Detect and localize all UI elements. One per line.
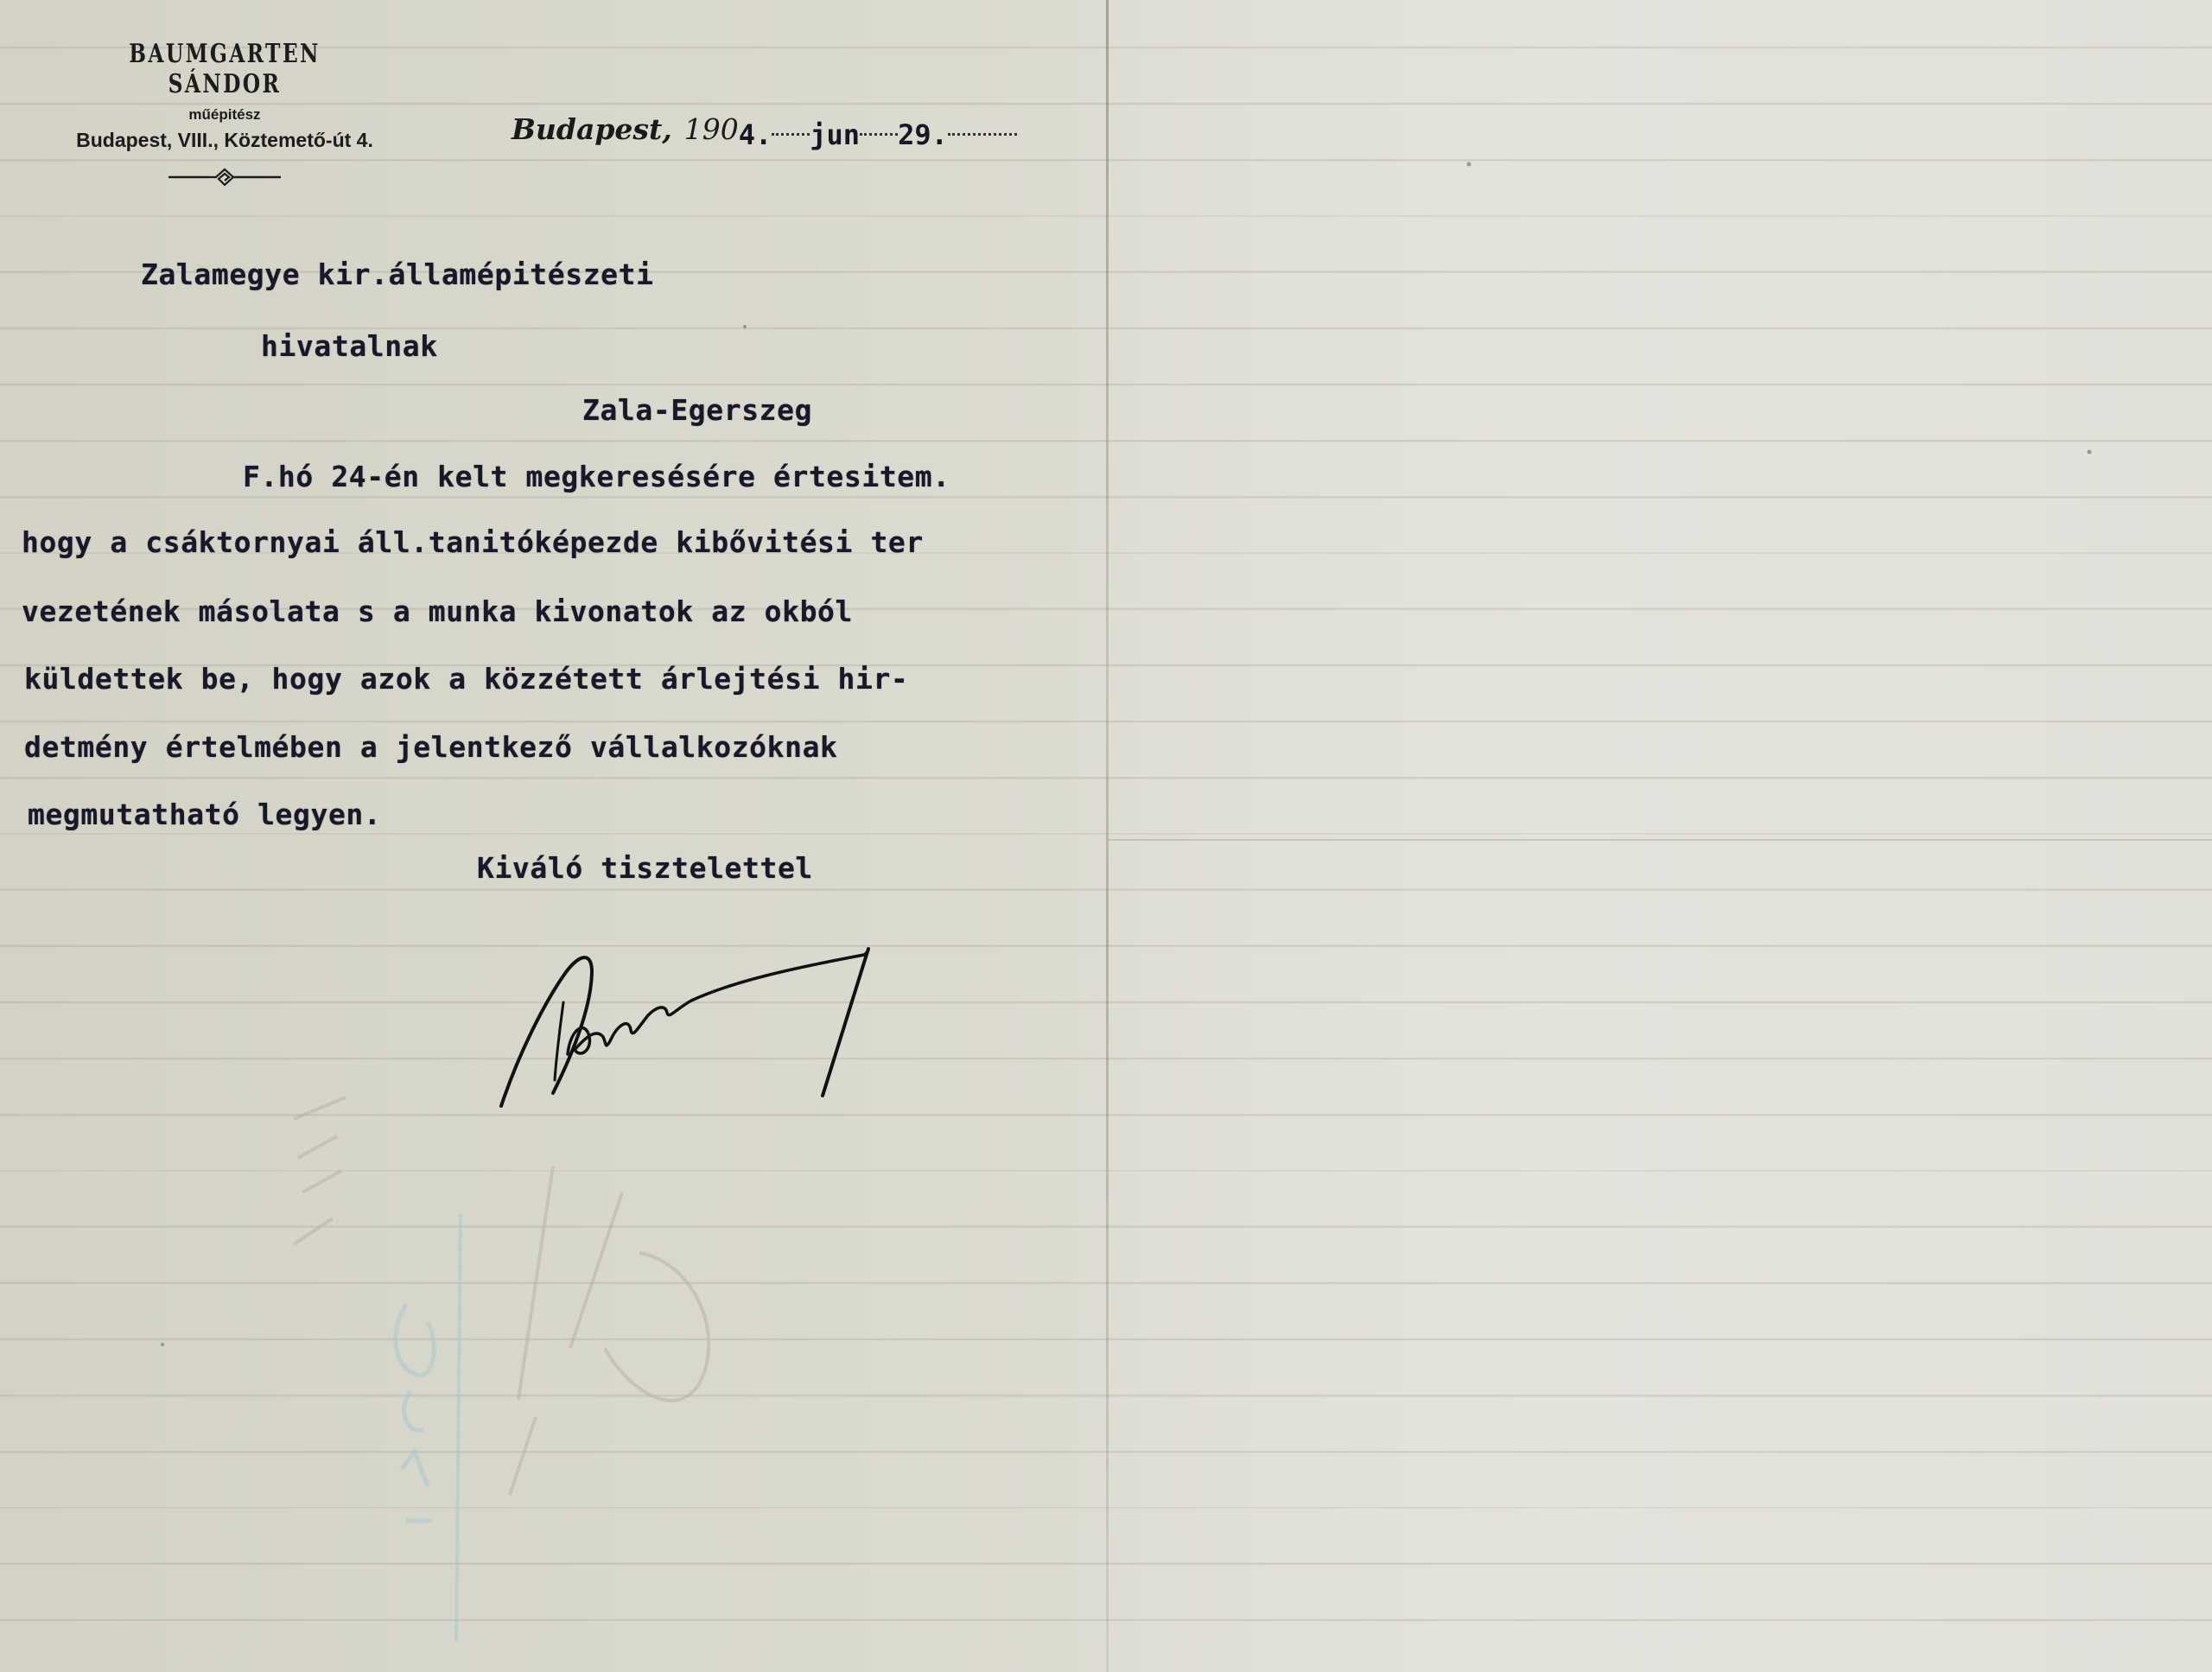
dotted-fill <box>772 133 810 136</box>
dotted-fill <box>860 133 898 136</box>
closing-salutation: Kiváló tisztelettel <box>477 851 813 885</box>
date-line: Budapest,1904.jun29. <box>512 112 1013 156</box>
letterhead-profession: műépitész <box>35 106 415 124</box>
recipient-line-2: hivatalnak <box>261 329 438 363</box>
recipient-city: Zala-Egerszeg <box>582 393 812 427</box>
letter-page: BAUMGARTEN SÁNDOR műépitész Budapest, VI… <box>0 0 2212 1672</box>
letterhead: BAUMGARTEN SÁNDOR műépitész Budapest, VI… <box>35 35 415 191</box>
date-year-prefix: 190 <box>684 112 739 146</box>
date-day: 29. <box>898 118 948 151</box>
body-line: F.hó 24-én kelt megkeresésére értesitem. <box>243 460 950 493</box>
body-line: küldettek be, hogy azok a közzétett árle… <box>24 662 908 696</box>
date-city: Budapest, <box>512 112 672 146</box>
date-month: jun <box>810 118 860 151</box>
recipient-line-1: Zalamegye kir.államépitészeti <box>141 257 654 291</box>
body-line: megmutatható legyen. <box>28 798 381 831</box>
body-line: hogy a csáktornyai áll.tanitóképezde kib… <box>22 525 924 559</box>
date-year-suffix: 4. <box>739 118 772 151</box>
ornament-divider-icon <box>168 168 281 187</box>
body-line: vezetének másolata s a munka kivonatok a… <box>22 594 853 628</box>
dotted-fill <box>948 133 1017 136</box>
vertical-fold-crease <box>1106 0 1109 1672</box>
letterhead-address: Budapest, VIII., Köztemető-út 4. <box>35 129 415 152</box>
body-line: detmény értelmében a jelentkező vállalko… <box>24 730 838 764</box>
letterhead-name: BAUMGARTEN SÁNDOR <box>76 39 372 99</box>
handwritten-signature <box>484 907 1002 1115</box>
horizontal-fold-crease <box>1109 839 2212 841</box>
